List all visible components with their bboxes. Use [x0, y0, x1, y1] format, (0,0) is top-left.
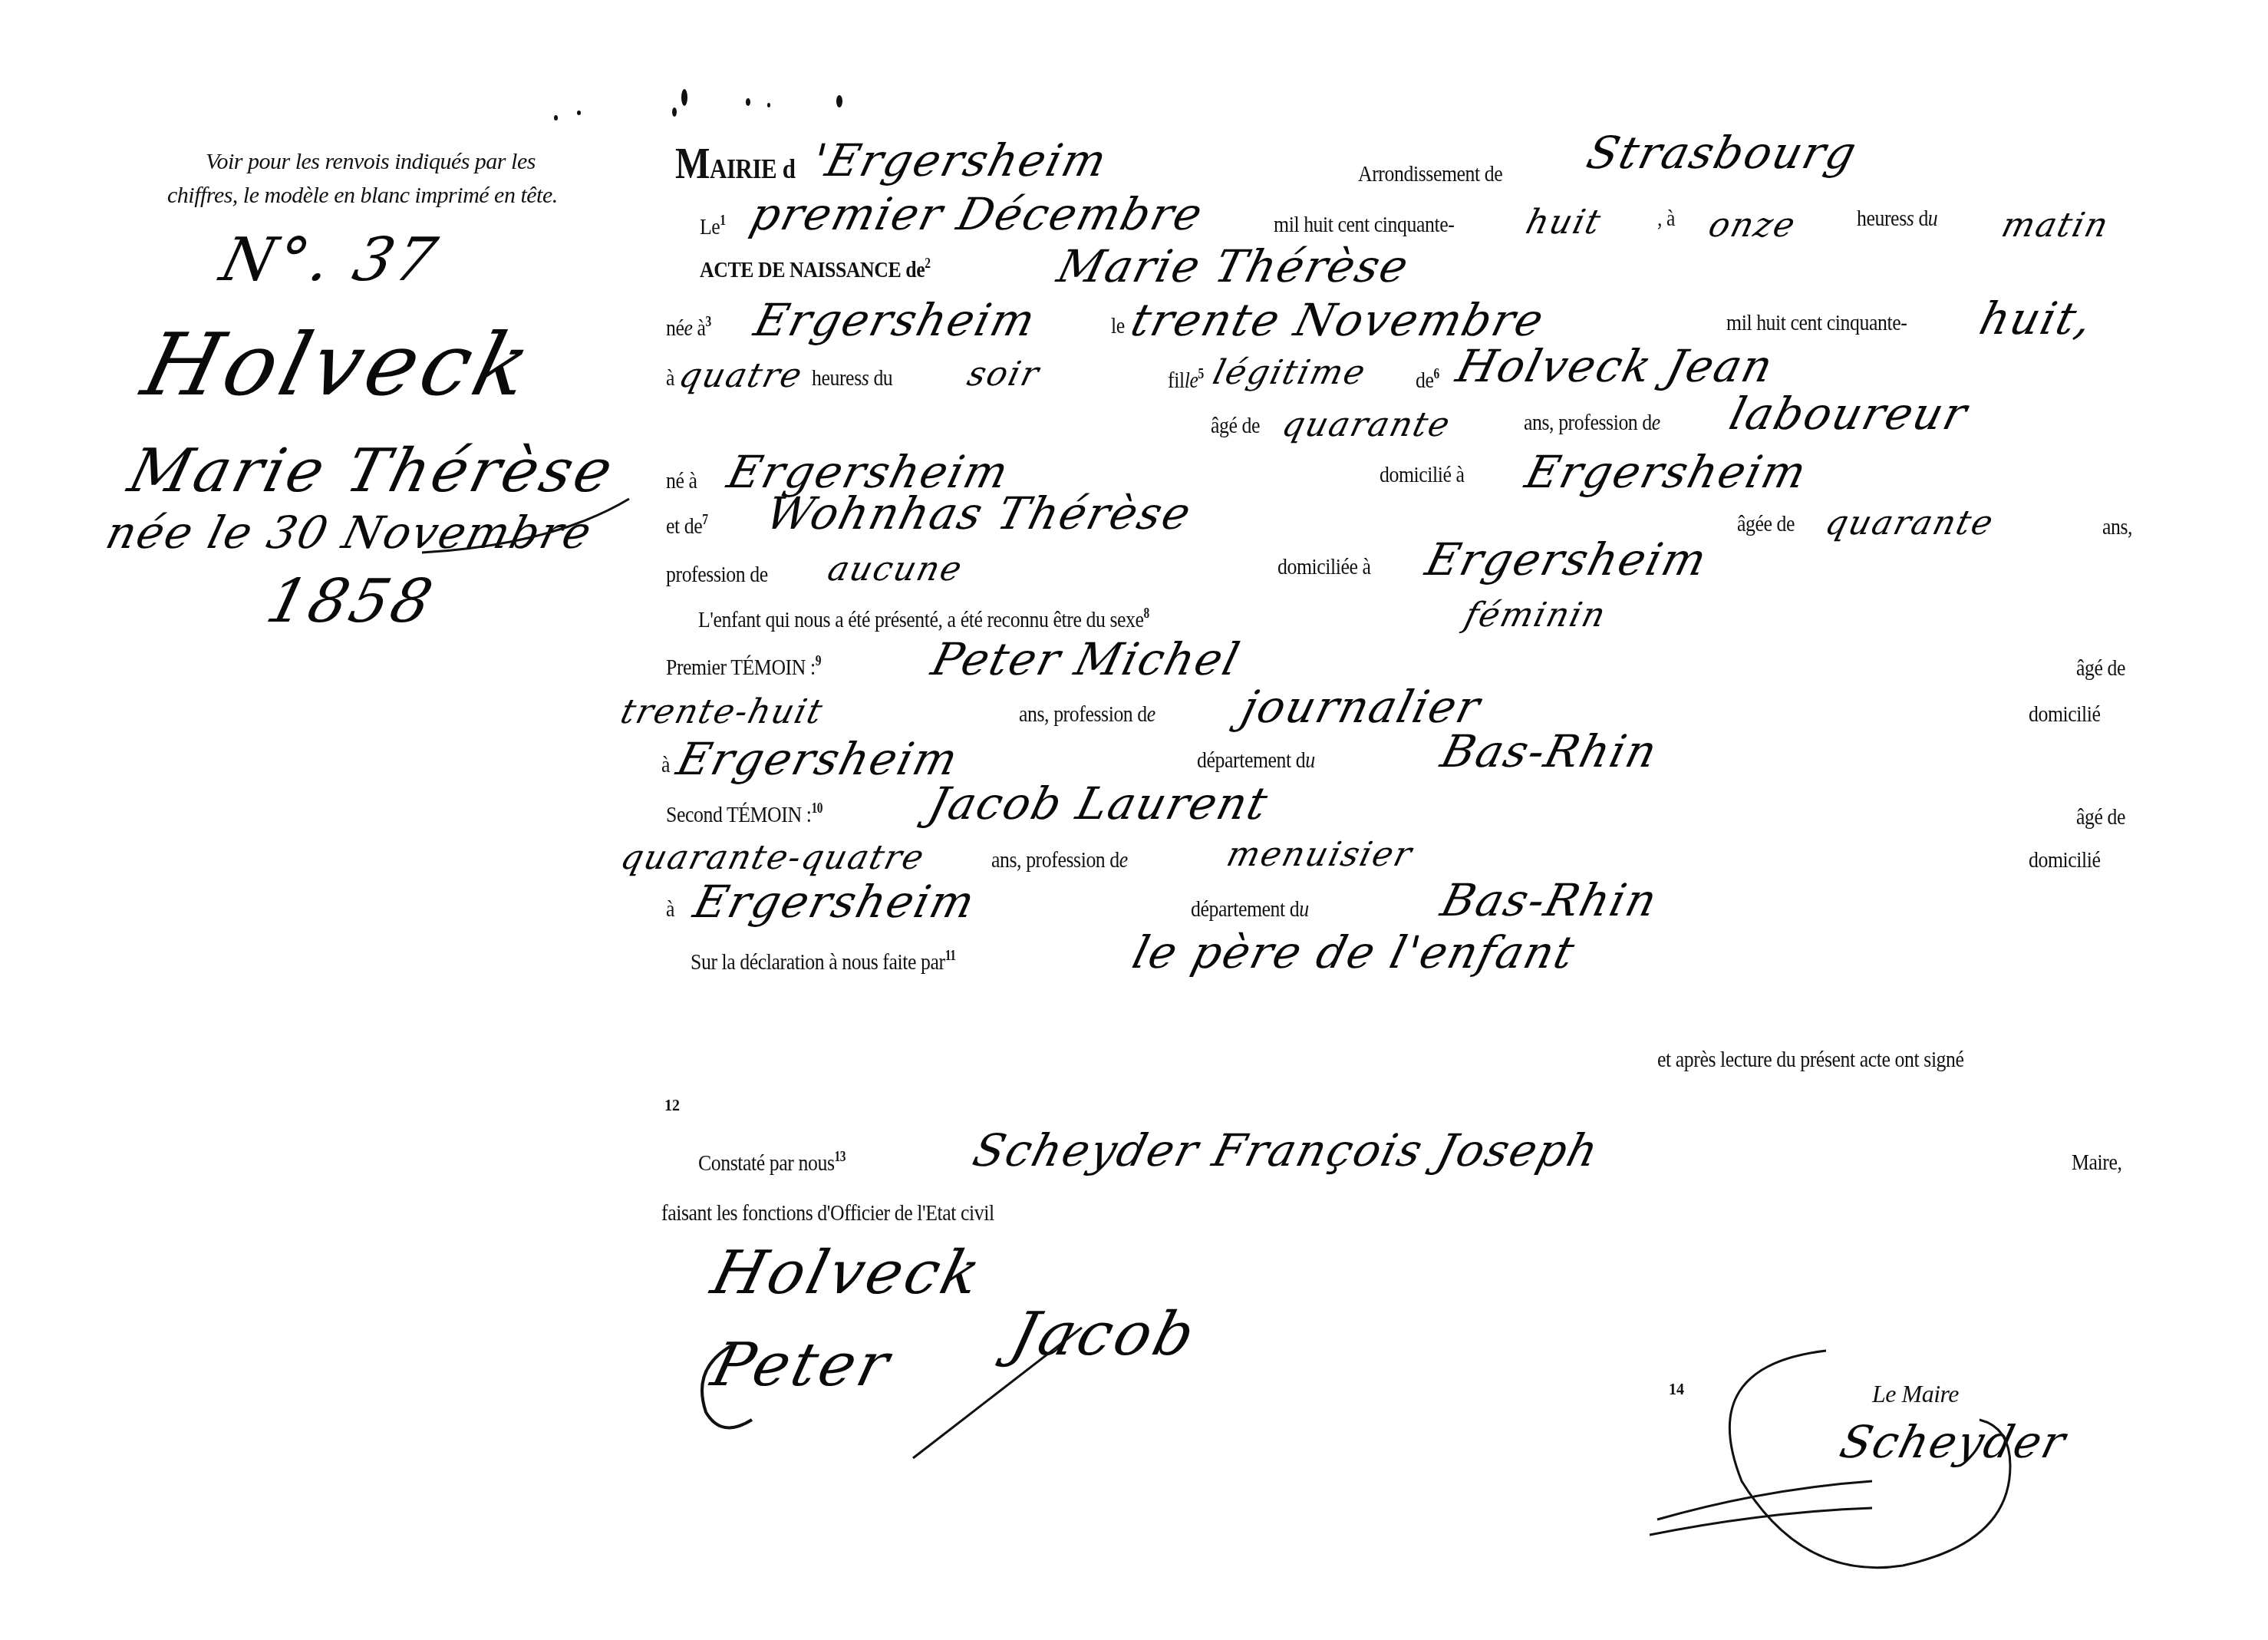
footnote-14: 14 — [1669, 1381, 1684, 1399]
arrondissement-value: Strasbourg — [1583, 130, 1862, 175]
ink-speck — [767, 103, 770, 107]
margin-instructions-line1: Voir pour les renvois indiqués par les — [206, 150, 536, 173]
witness2-domicile-label: domicilié — [2029, 849, 2101, 872]
ink-speck — [746, 98, 750, 106]
witness1-label: Premier TÉMOIN :9 — [666, 654, 821, 679]
ink-speck — [554, 115, 558, 120]
signature-witness2: Jacob — [1005, 1305, 1203, 1364]
birth-year-value: huit, — [1976, 296, 2098, 341]
official-label: Constaté par nous13 — [698, 1150, 846, 1175]
father-name: Holveck Jean — [1452, 344, 1778, 388]
witness1-age: trente-huit — [618, 695, 827, 729]
official-name: Scheyder François Joseph — [969, 1128, 1604, 1173]
mother-profession-label: profession de — [666, 563, 768, 586]
birth-place: Ergersheim — [750, 298, 1041, 342]
father-age-label: âgé de — [1211, 414, 1260, 437]
father-domicile: Ergersheim — [1521, 450, 1812, 494]
birth-date-le-label: le — [1111, 315, 1125, 338]
margin-given-names: Marie Thérèse — [123, 441, 621, 501]
date-le-label: Le1 — [700, 213, 726, 239]
mother-domicile-label: domiciliée à — [1277, 556, 1371, 579]
ink-speck — [672, 107, 677, 117]
acte-label: ACTE DE NAISSANCE de2 — [700, 256, 930, 282]
legitimacy: légitime — [1210, 356, 1370, 390]
witness1-dept-label: département du — [1197, 749, 1315, 772]
birth-date: trente Novembre — [1127, 298, 1549, 342]
declaration-label: Sur la déclaration à nous faite par11 — [691, 949, 955, 974]
official-title: Maire, — [2072, 1151, 2121, 1174]
mother-label: et de7 — [666, 513, 708, 538]
sex-label: L'enfant qui nous a été présenté, a été … — [698, 606, 1149, 632]
birth-hour: quatre — [676, 359, 806, 393]
child-sex-label: fille5 — [1168, 367, 1204, 392]
birth-certificate-page: Voir pour les renvois indiqués par les c… — [0, 0, 2268, 1640]
witness1-dept: Bas-Rhin — [1437, 729, 1663, 774]
act-year-value: huit — [1523, 206, 1605, 239]
witness2-age: quarante-quatre — [618, 841, 928, 875]
maire-signature: Scheyder — [1836, 1420, 2071, 1464]
witness2-profession-label: ans, profession de — [991, 849, 1128, 872]
father-domicile-label: domicilié à — [1380, 464, 1465, 487]
father-age: quarante — [1279, 408, 1455, 442]
margin-birth-year: 1858 — [261, 572, 440, 632]
ink-speck — [577, 111, 581, 115]
act-year-label: mil huit cent cinquante- — [1274, 213, 1454, 236]
witness1-profession-label: ans, profession de — [1019, 703, 1155, 726]
act-period: matin — [1999, 209, 2113, 243]
maire-label: Le Maire — [1872, 1381, 1959, 1406]
record-number: N°. 37 — [215, 230, 445, 290]
witness2-dept-label: département du — [1191, 898, 1309, 921]
witness1-domicile-label: domicilié — [2029, 703, 2101, 726]
child-name: Marie Thérèse — [1053, 244, 1414, 289]
witness1-age-label: âgé de — [2076, 657, 2125, 680]
official-function: faisant les fonctions d'Officier de l'Et… — [661, 1202, 994, 1225]
mairie-commune: 'Ergersheim — [808, 138, 1113, 183]
witness2-label: Second TÉMOIN :10 — [666, 801, 822, 827]
witness2-profession: menuisier — [1224, 838, 1416, 872]
ink-speck — [681, 89, 687, 106]
witness2-dept: Bas-Rhin — [1437, 878, 1663, 922]
birth-year-label: mil huit cent cinquante- — [1726, 312, 1907, 335]
witness2-age-label: âgé de — [2076, 806, 2125, 829]
signature-witness1: Peter — [706, 1335, 897, 1395]
mother-name: Wohnhas Thérèse — [762, 491, 1196, 536]
birth-hour-a-label: à — [666, 367, 674, 390]
birth-period: soir — [964, 358, 1043, 391]
witness1-domicile: Ergersheim — [673, 737, 964, 781]
witness1-a-label: à — [661, 754, 670, 777]
born-label: née à3 — [666, 315, 711, 340]
mother-age-label: âgée de — [1737, 513, 1795, 536]
act-hour-label: , à — [1657, 207, 1675, 230]
act-date: premier Décembre — [747, 192, 1208, 236]
father-birthplace-label: né à — [666, 470, 697, 493]
child-sex: féminin — [1462, 599, 1610, 632]
witness2-name: Jacob Laurent — [925, 781, 1273, 826]
margin-instructions-line2: chiffres, le modèle en blanc imprimé en … — [167, 184, 558, 207]
act-heures-label: heuress du — [1857, 207, 1937, 230]
witness1-name: Peter Michel — [928, 637, 1245, 681]
birth-heures-label: heuress du — [812, 367, 892, 390]
act-hour-value: onze — [1706, 209, 1800, 243]
arrondissement-label: Arrondissement de — [1358, 163, 1502, 186]
father-profession-label: ans, profession de — [1524, 411, 1660, 434]
father-de-label: de6 — [1416, 367, 1439, 392]
declarant: le père de l'enfant — [1129, 930, 1580, 975]
father-profession: laboureur — [1726, 391, 1973, 436]
footnote-12: 12 — [664, 1097, 680, 1115]
mother-domicile: Ergersheim — [1422, 537, 1713, 582]
ink-speck — [836, 95, 842, 107]
margin-surname: Holveck — [135, 322, 542, 408]
mother-ans-label: ans, — [2102, 516, 2132, 539]
signature-clause: et après lecture du présent acte ont sig… — [1657, 1048, 1964, 1071]
mother-profession: aucune — [825, 553, 967, 586]
witness1-profession: journalier — [1238, 685, 1486, 729]
margin-birth-note: née le 30 Novembre — [102, 510, 597, 555]
witness2-a-label: à — [666, 898, 674, 921]
mairie-label: MAIRIE d — [675, 143, 795, 186]
witness2-domicile: Ergersheim — [690, 879, 981, 924]
signature-father: Holveck — [706, 1243, 989, 1303]
mother-age: quarante — [1822, 507, 1998, 540]
